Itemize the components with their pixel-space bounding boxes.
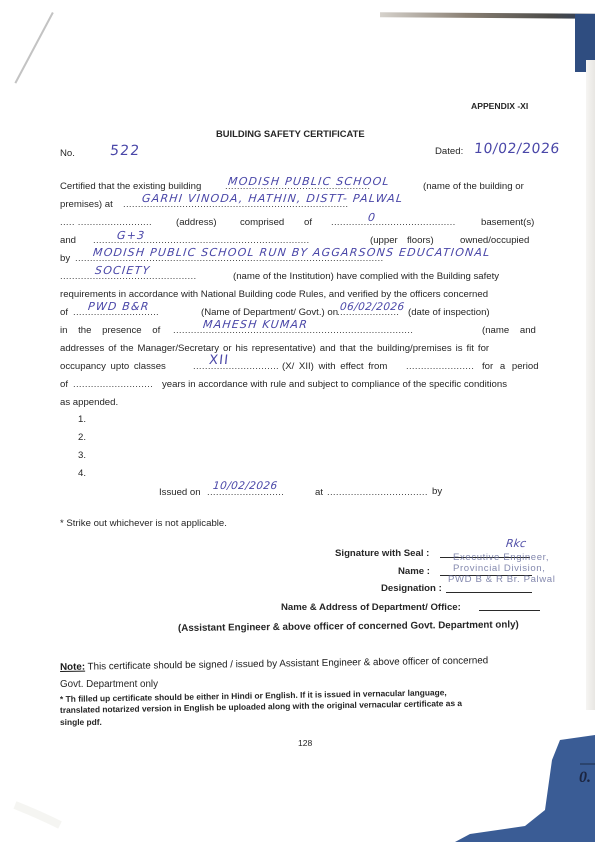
issued-on-label: Issued on	[159, 487, 201, 499]
stamp-line1: Executive Engineer,	[453, 552, 549, 563]
premises-address-value: GARHI VINODA, HATHIN, DISTT- PALWAL	[141, 192, 404, 205]
body-line6-suffix: (name of the Institution) have complied …	[233, 271, 499, 283]
designation-label: Designation :	[381, 583, 442, 595]
fill-dots: ..... .........................	[60, 217, 152, 229]
signature-label: Signature with Seal :	[335, 548, 429, 560]
dated-label: Dated:	[435, 146, 463, 158]
page-title: BUILDING SAFETY CERTIFICATE	[216, 128, 365, 140]
certificate-page: 0. APPENDIX -XI BUILDING SAFETY CERTIFIC…	[0, 0, 595, 842]
body-line11-mid: (X/ XII) with effect from	[282, 361, 387, 373]
owner-value-line1: MODISH PUBLIC SCHOOL RUN BY AGGARSONS ED…	[92, 246, 491, 259]
building-name-value: MODISH PUBLIC SCHOOL	[227, 175, 390, 188]
body-line13: as appended.	[60, 397, 118, 409]
fill-dots: ...........................	[73, 379, 153, 391]
authority-note: (Assistant Engineer & above officer of c…	[178, 619, 519, 635]
owner-value-line2: SOCIETY	[94, 264, 151, 277]
body-line3-of: of	[304, 217, 312, 229]
issued-by-label: by	[432, 486, 442, 498]
dept-address-label: Name & Address of Department/ Office:	[281, 602, 461, 614]
body-line12-of: of	[60, 379, 68, 391]
condition-item-2: 2.	[78, 432, 86, 444]
note-label: Note:	[60, 662, 85, 673]
body-line11-prefix: occupancy upto classes	[60, 361, 166, 373]
note-text-line2: Govt. Department only	[60, 679, 158, 691]
classes-value: XII	[208, 353, 230, 368]
body-line1-suffix: (name of the building or	[423, 181, 524, 193]
inspection-date-value: 06/02/2026	[339, 301, 405, 313]
basements-value: 0	[367, 211, 377, 224]
body-line4-and: and	[60, 235, 76, 247]
body-line3-address: (address)	[176, 217, 217, 229]
footnote-line3: single pdf.	[60, 717, 102, 728]
dept-address-line	[479, 610, 540, 611]
body-line10: addresses of the Manager/Secretary or hi…	[60, 343, 489, 355]
strike-out-note: * Strike out whichever is not applicable…	[60, 518, 227, 530]
name-label: Name :	[398, 566, 430, 578]
photo-edge-top	[380, 12, 595, 19]
body-line3-suffix: basement(s)	[481, 217, 534, 229]
stamp-line2: Provincial Division,	[453, 563, 546, 574]
condition-item-4: 4.	[78, 468, 86, 480]
body-line2-prefix: premises) at	[60, 199, 113, 211]
photo-edge-right	[586, 60, 595, 710]
fill-dots: ........................................…	[331, 217, 456, 229]
certificate-number-label: No.	[60, 148, 75, 160]
dated-value: 10/02/2026	[473, 141, 560, 157]
body-line8-of: of	[60, 307, 68, 319]
fill-dots: .............................	[193, 361, 279, 373]
condition-item-1: 1.	[78, 414, 86, 426]
condition-item-3: 3.	[78, 450, 86, 462]
issued-at-label: at	[315, 487, 323, 499]
designation-line	[446, 592, 532, 593]
photo-background-bottom-right	[0, 0, 595, 842]
department-value: PWD B&R	[87, 300, 150, 313]
body-line9-suffix: (name and	[482, 325, 536, 337]
body-line8-suffix: (date of inspection)	[408, 307, 490, 319]
appendix-label: APPENDIX -XI	[471, 100, 528, 112]
stamp-line3: PWD B & R Br. Palwal	[448, 574, 555, 585]
body-line11-suffix: for a period	[482, 361, 539, 373]
background-fragment-text: 0.	[579, 772, 591, 784]
issued-date-value: 10/02/2026	[212, 480, 278, 492]
certificate-number-value: 522	[109, 143, 141, 159]
presence-of-value: MAHESH KUMAR	[202, 318, 308, 331]
page-number: 128	[298, 737, 312, 749]
upper-floors-value: G+3	[116, 229, 146, 242]
note-paragraph: Note: This certificate should be signed …	[60, 650, 488, 675]
note-text: This certificate should be signed / issu…	[85, 655, 488, 672]
fill-dots: .......................	[406, 361, 474, 373]
body-line3-comprised: comprised	[240, 217, 284, 229]
body-line12-suffix: years in accordance with rule and subjec…	[162, 379, 507, 391]
photo-fold-line	[14, 12, 53, 84]
body-line9-prefix: in the presence of	[60, 325, 160, 337]
body-line5-by: by	[60, 253, 70, 265]
fill-dots: ..................................	[327, 487, 428, 499]
signature-mark: Rkc	[505, 537, 526, 550]
